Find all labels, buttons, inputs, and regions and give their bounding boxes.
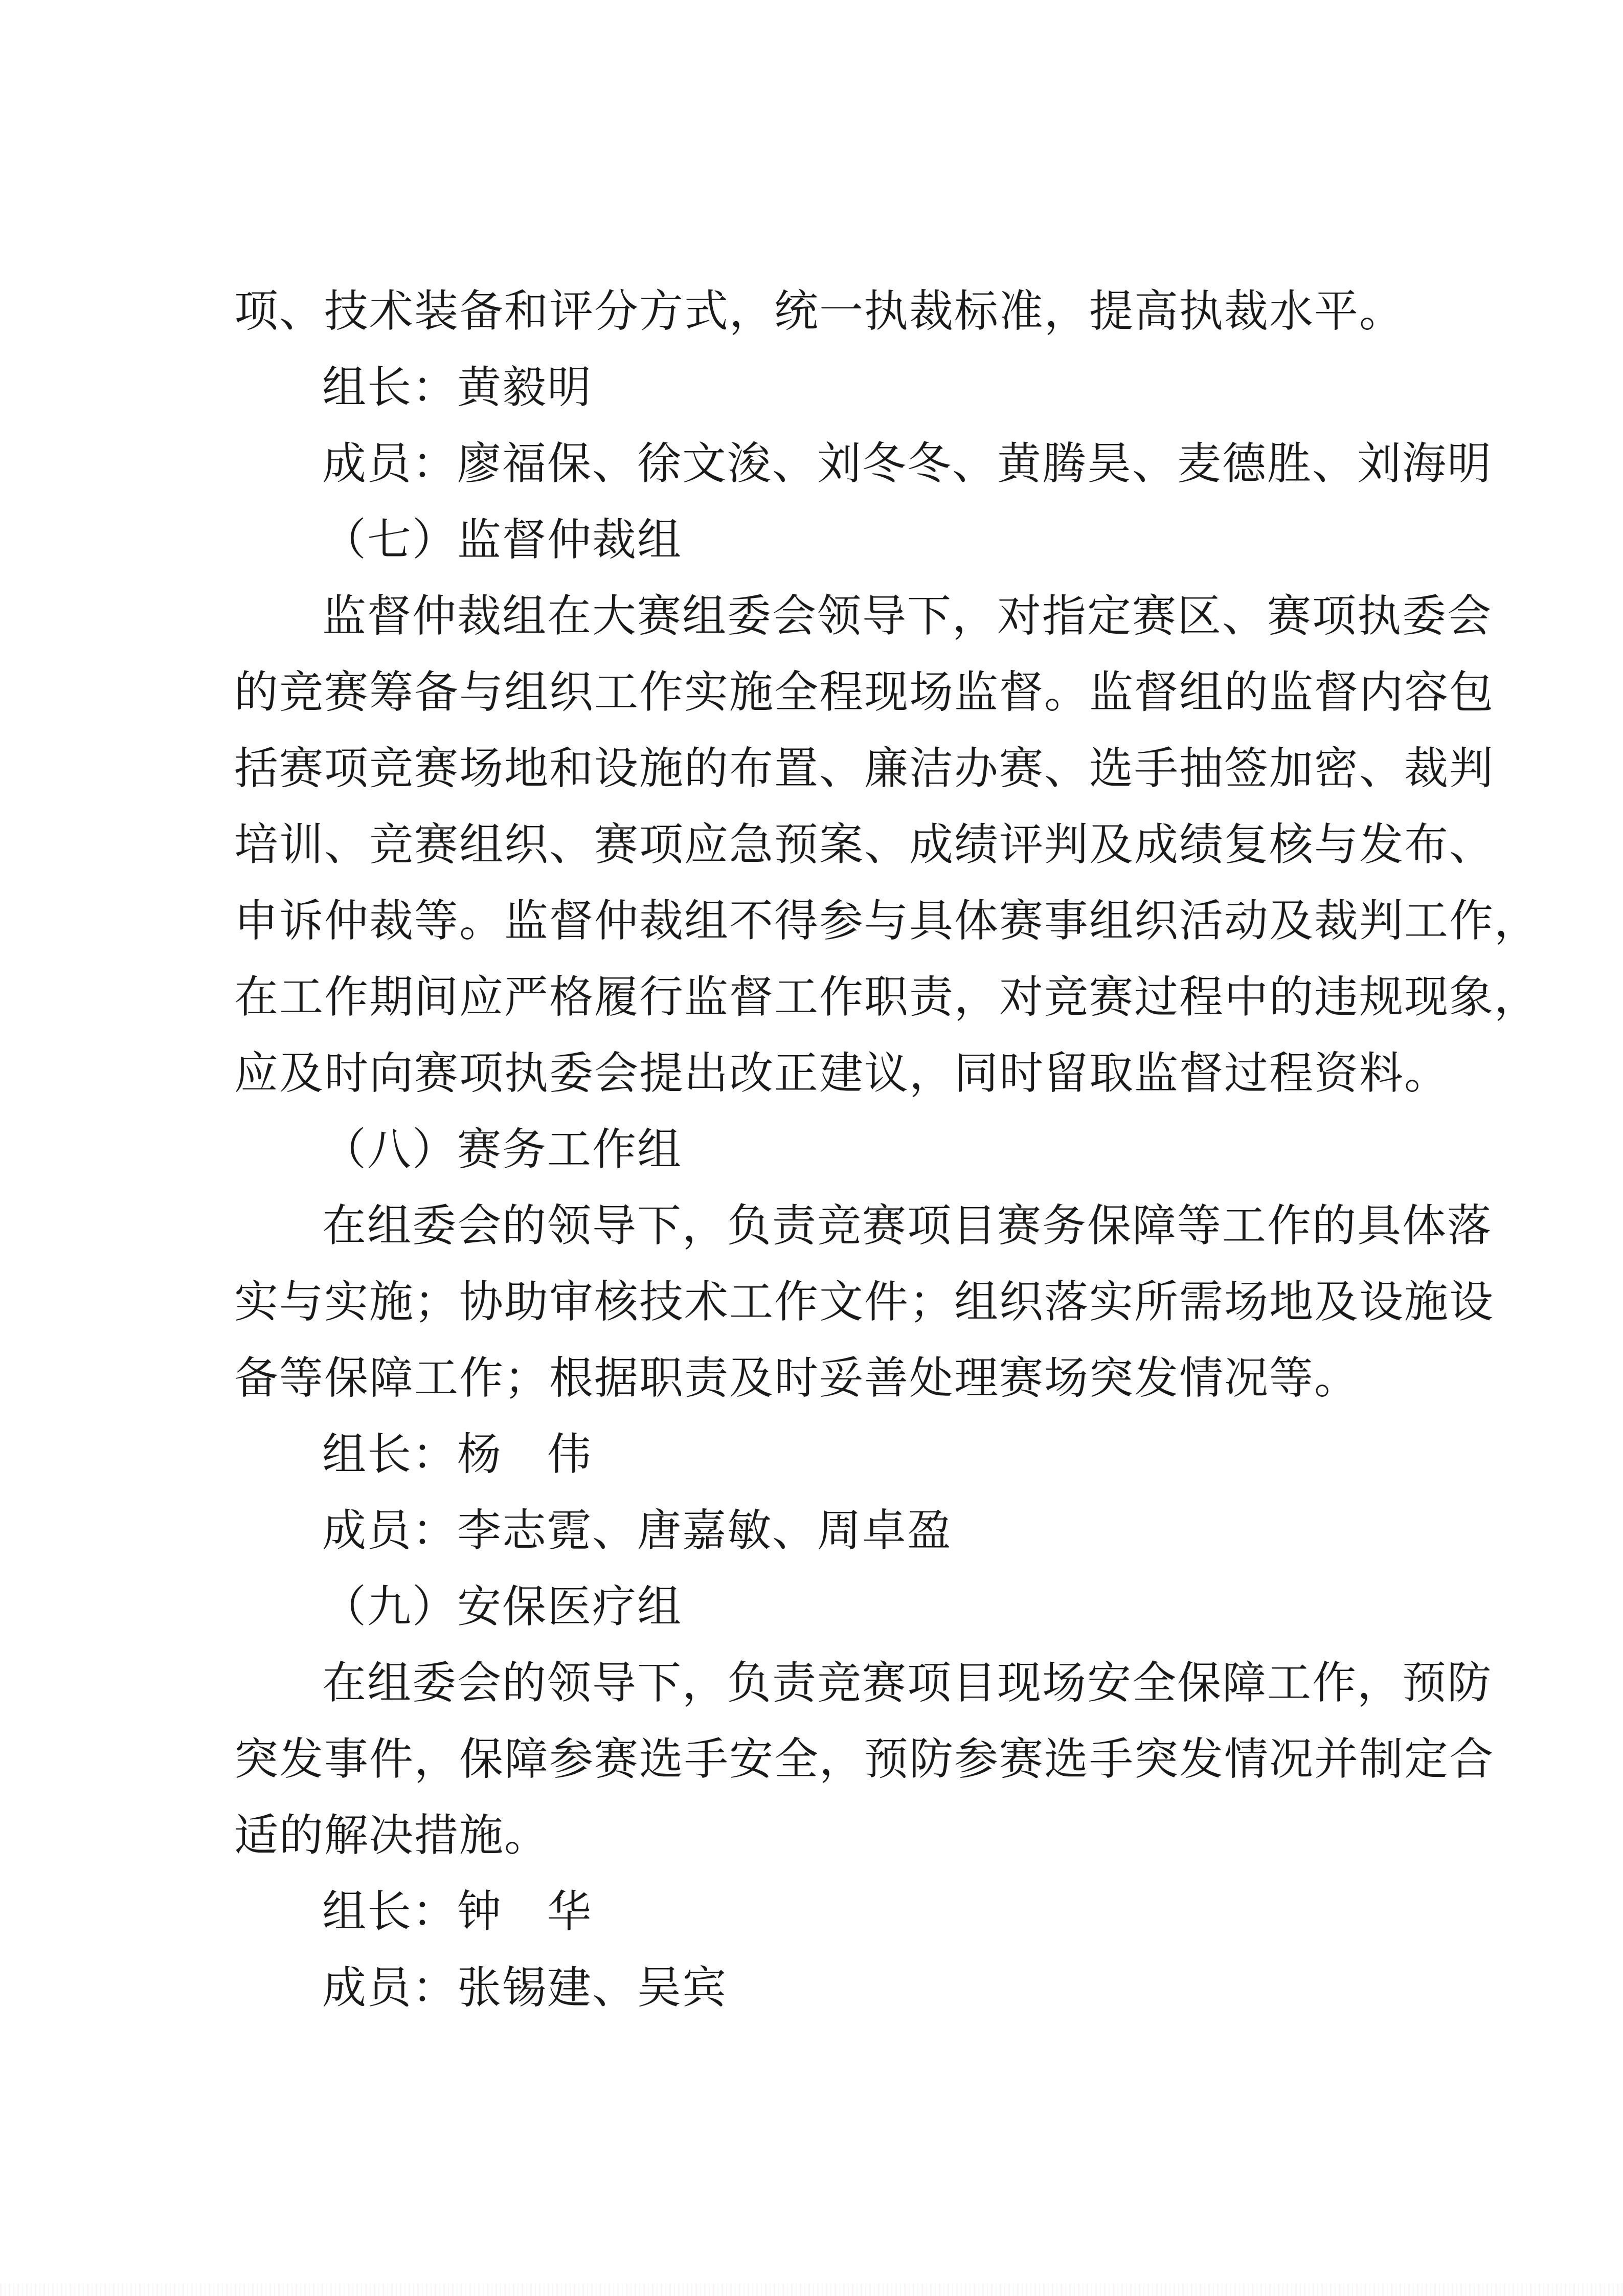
paragraph-line: 适的解决措施。: [234, 1798, 1438, 1874]
section-heading: （九）安保医疗组: [234, 1569, 1438, 1645]
paragraph-line: 监督仲裁组在大赛组委会领导下，对指定赛区、赛项执委会: [234, 578, 1438, 655]
document-body: 项、技术装备和评分方式，统一执裁标准，提高执裁水平。 组长：黄毅明 成员：廖福保…: [234, 274, 1438, 2026]
paragraph-line: 在组委会的领导下，负责竞赛项目赛务保障等工作的具体落: [234, 1188, 1438, 1264]
group-members: 成员：李志霓、唐嘉敏、周卓盈: [234, 1493, 1438, 1569]
paragraph-line: 培训、竞赛组织、赛项应急预案、成绩评判及成绩复核与发布、: [234, 807, 1438, 883]
section-supervision-arbitration: （七）监督仲裁组 监督仲裁组在大赛组委会领导下，对指定赛区、赛项执委会 的竞赛筹…: [234, 502, 1438, 1112]
paragraph-line: 的竞赛筹备与组织工作实施全程现场监督。监督组的监督内容包: [234, 655, 1438, 731]
group-leader: 组长：杨 伟: [234, 1417, 1438, 1493]
continued-paragraph-line: 项、技术装备和评分方式，统一执裁标准，提高执裁水平。: [234, 274, 1438, 350]
section-heading: （八）赛务工作组: [234, 1112, 1438, 1188]
group-members: 成员：张锡建、吴宾: [234, 1950, 1438, 2026]
group-leader: 组长：黄毅明: [234, 350, 1438, 426]
paragraph-line: 在组委会的领导下，负责竞赛项目现场安全保障工作，预防: [234, 1645, 1438, 1722]
paragraph-line: 突发事件，保障参赛选手安全，预防参赛选手突发情况并制定合: [234, 1722, 1438, 1798]
paragraph-line: 括赛项竞赛场地和设施的布置、廉洁办赛、选手抽签加密、裁判: [234, 731, 1438, 807]
group-members: 成员：廖福保、徐文浚、刘冬冬、黄腾昊、麦德胜、刘海明: [234, 426, 1438, 502]
section-event-affairs: （八）赛务工作组 在组委会的领导下，负责竞赛项目赛务保障等工作的具体落 实与实施…: [234, 1112, 1438, 1569]
paragraph-line: 在工作期间应严格履行监督工作职责，对竞赛过程中的违规现象，: [234, 960, 1438, 1036]
paragraph-line: 申诉仲裁等。监督仲裁组不得参与具体赛事组织活动及裁判工作，: [234, 883, 1438, 960]
paragraph-line: 应及时向赛项执委会提出改正建议，同时留取监督过程资料。: [234, 1036, 1438, 1112]
group-leader: 组长：钟 华: [234, 1874, 1438, 1950]
paragraph-line: 备等保障工作；根据职责及时妥善处理赛场突发情况等。: [234, 1341, 1438, 1417]
section-security-medical: （九）安保医疗组 在组委会的领导下，负责竞赛项目现场安全保障工作，预防 突发事件…: [234, 1569, 1438, 2026]
paragraph-line: 实与实施；协助审核技术工作文件；组织落实所需场地及设施设: [234, 1264, 1438, 1341]
document-page: 项、技术装备和评分方式，统一执裁标准，提高执裁水平。 组长：黄毅明 成员：廖福保…: [0, 0, 1623, 2296]
section-heading: （七）监督仲裁组: [234, 502, 1438, 578]
scan-edge-artifact: [0, 2284, 1623, 2296]
